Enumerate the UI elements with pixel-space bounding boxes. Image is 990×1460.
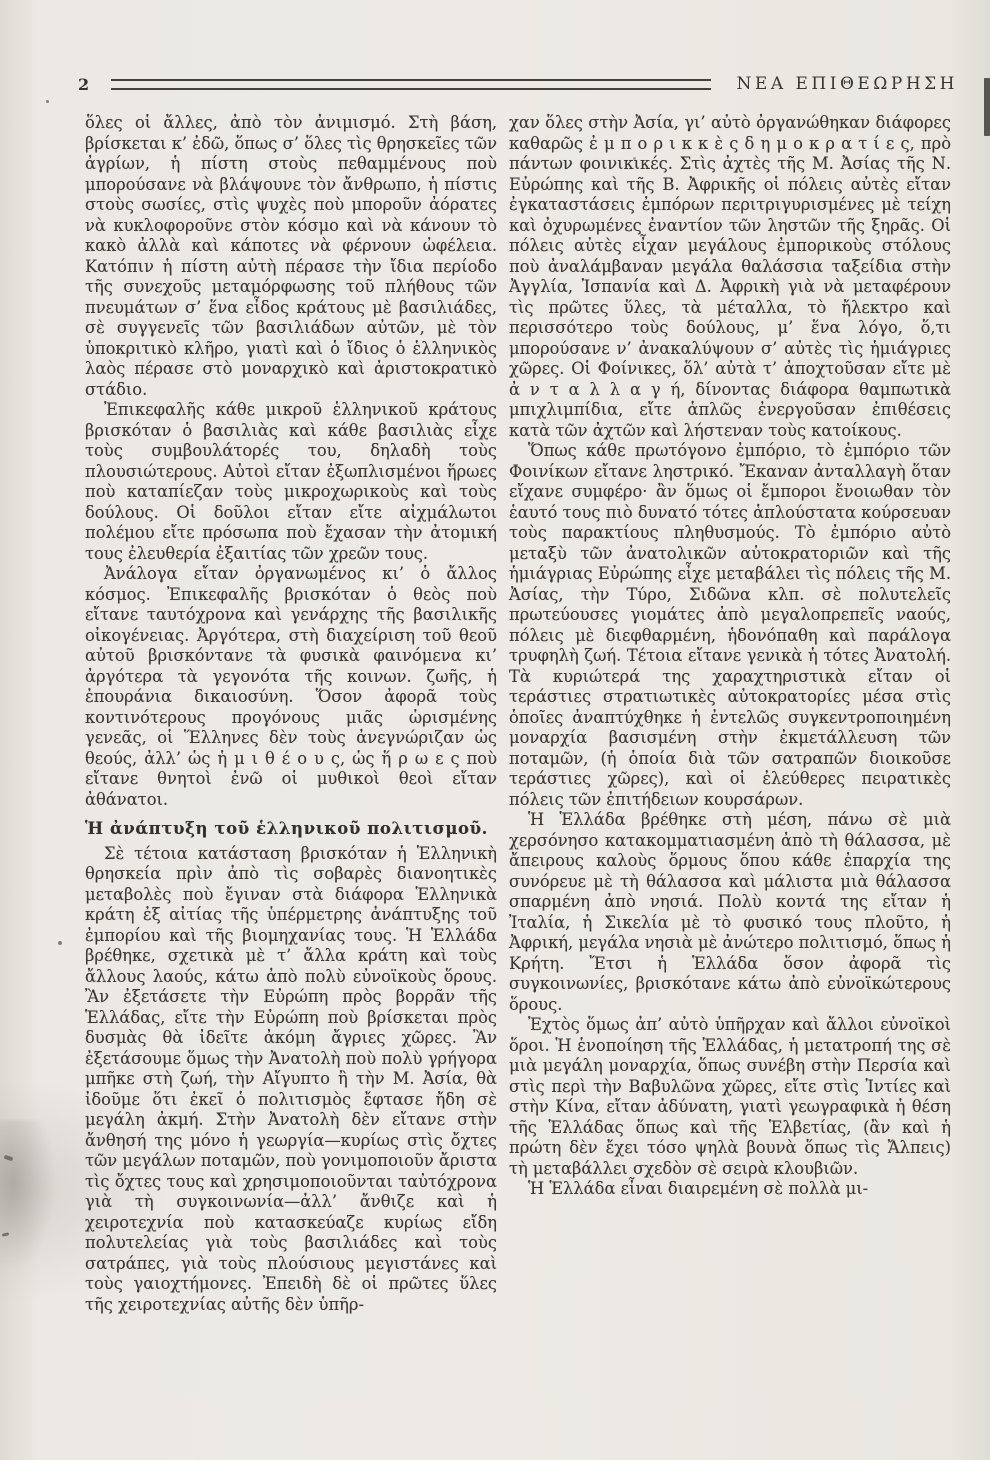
page-header: 2 ΝΕΑ ΕΠΙΘΕΩΡΗΣΗ xyxy=(78,76,958,93)
masthead-title: ΝΕΑ ΕΠΙΘΕΩΡΗΣΗ xyxy=(737,76,958,93)
paragraph: Ἐχτὸς ὅμως ἀπ’ αὐτὸ ὑπῆρχαν καὶ ἄλλοι εὐ… xyxy=(509,1015,951,1179)
article-body: ὅλες οἱ ἄλλες, ἀπὸ τὸν ἀνιμισμό. Στὴ βάσ… xyxy=(85,113,951,1315)
scan-smudge-artifact xyxy=(0,1120,56,1270)
scan-speck xyxy=(4,1155,14,1162)
paragraph: χαν ὅλες στὴν Ἀσία, γι’ αὐτὸ ὀργανώθηκαν… xyxy=(509,113,951,441)
scan-speck xyxy=(46,100,49,103)
scan-edge-artifact xyxy=(984,78,990,136)
right-column: χαν ὅλες στὴν Ἀσία, γι’ αὐτὸ ὀργανώθηκαν… xyxy=(509,113,951,1315)
scan-speck xyxy=(58,941,62,945)
paragraph: Ἀνάλογα εἴταν ὀργανωμένος κι’ ὁ ἄλλος κό… xyxy=(85,564,497,810)
paragraph: Σὲ τέτοια κατάσταση βρισκόταν ἡ Ἑλληνικὴ… xyxy=(85,844,497,1316)
document-page: 2 ΝΕΑ ΕΠΙΘΕΩΡΗΣΗ ὅλες οἱ ἄλλες, ἀπὸ τὸν … xyxy=(0,0,990,1460)
paragraph: Ἡ Ἑλλάδα βρέθηκε στὴ μέση, πάνω σὲ μιὰ χ… xyxy=(509,810,951,1015)
section-heading: Ἡ ἀνάπτυξη τοῦ ἑλληνικοῦ πολιτισμοῦ. xyxy=(85,819,497,840)
paragraph: Ἡ Ἑλλάδα εἶναι διαιρεμένη σὲ πολλὰ μι- xyxy=(509,1179,951,1200)
scan-speck xyxy=(2,1232,9,1236)
header-double-rule xyxy=(111,79,710,90)
paragraph: Ὅπως κάθε πρωτόγονο ἐμπόριο, τὸ ἐμπόριο … xyxy=(509,441,951,810)
page-number: 2 xyxy=(78,77,89,93)
left-column: ὅλες οἱ ἄλλες, ἀπὸ τὸν ἀνιμισμό. Στὴ βάσ… xyxy=(85,113,497,1315)
paragraph: Ἐπικεφαλῆς κάθε μικροῦ ἑλληνικοῦ κράτους… xyxy=(85,400,497,564)
paragraph: ὅλες οἱ ἄλλες, ἀπὸ τὸν ἀνιμισμό. Στὴ βάσ… xyxy=(85,113,497,400)
